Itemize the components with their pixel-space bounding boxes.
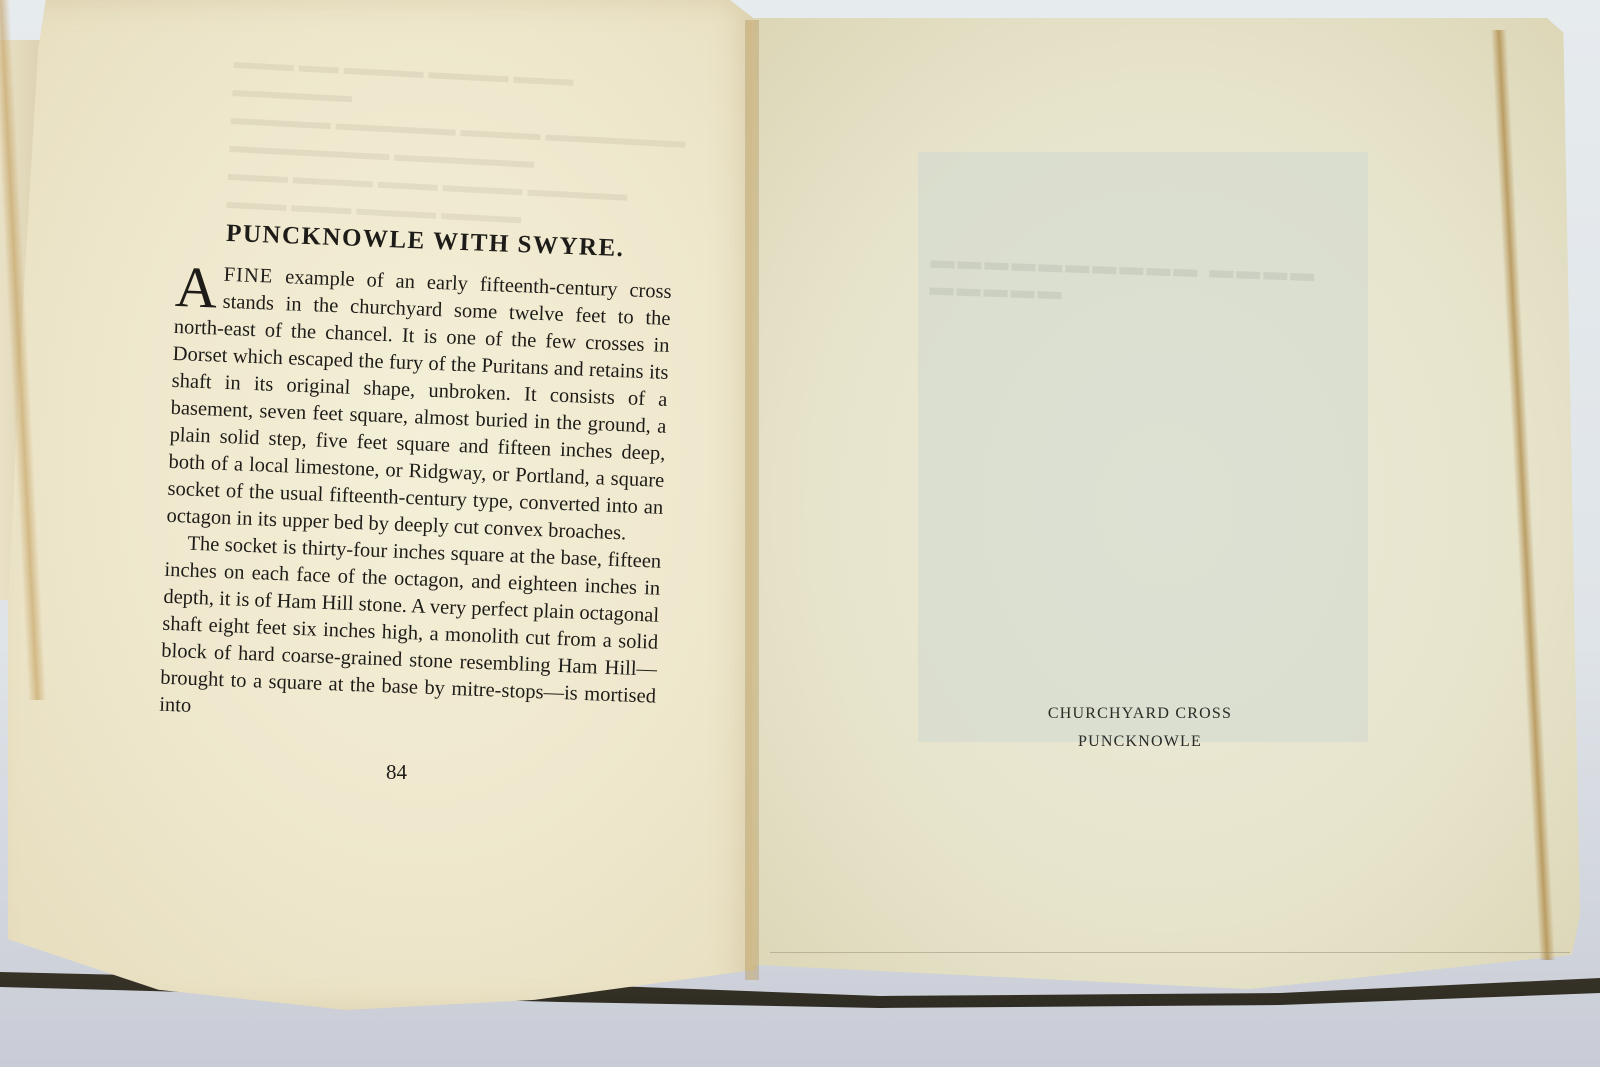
open-book: ▬▬▬ ▬▬ ▬▬▬▬ ▬▬▬▬ ▬▬▬ ▬▬▬▬▬▬▬▬▬▬▬ ▬▬▬▬▬▬ … xyxy=(0,0,1600,1067)
paragraph-1: AFINE example of an early fifteenth-cent… xyxy=(166,260,672,549)
first-word: FINE xyxy=(223,264,273,288)
caption-line-1: CHURCHYARD CROSS xyxy=(1030,700,1250,728)
illustration-plate-area xyxy=(918,152,1368,742)
bleed-through-text: ▬▬▬ ▬▬ ▬▬▬▬ ▬▬▬▬ ▬▬▬ ▬▬▬▬▬▬▬▬▬▬▬ ▬▬▬▬▬▬ … xyxy=(226,48,694,240)
book-gutter xyxy=(745,20,759,980)
plate-border-line xyxy=(770,952,1570,953)
plate-caption: CHURCHYARD CROSS PUNCKNOWLE xyxy=(1030,700,1250,756)
left-page-text: PUNCKNOWLE WITH SWYRE. AFINE example of … xyxy=(159,218,674,738)
paragraph-2: The socket is thirty-four inches square … xyxy=(159,530,662,738)
paragraph-1-text: example of an early fifteenth-century cr… xyxy=(166,266,672,545)
drop-cap: A xyxy=(174,264,218,312)
page-number: 84 xyxy=(386,760,407,785)
caption-line-2: PUNCKNOWLE xyxy=(1030,728,1250,756)
